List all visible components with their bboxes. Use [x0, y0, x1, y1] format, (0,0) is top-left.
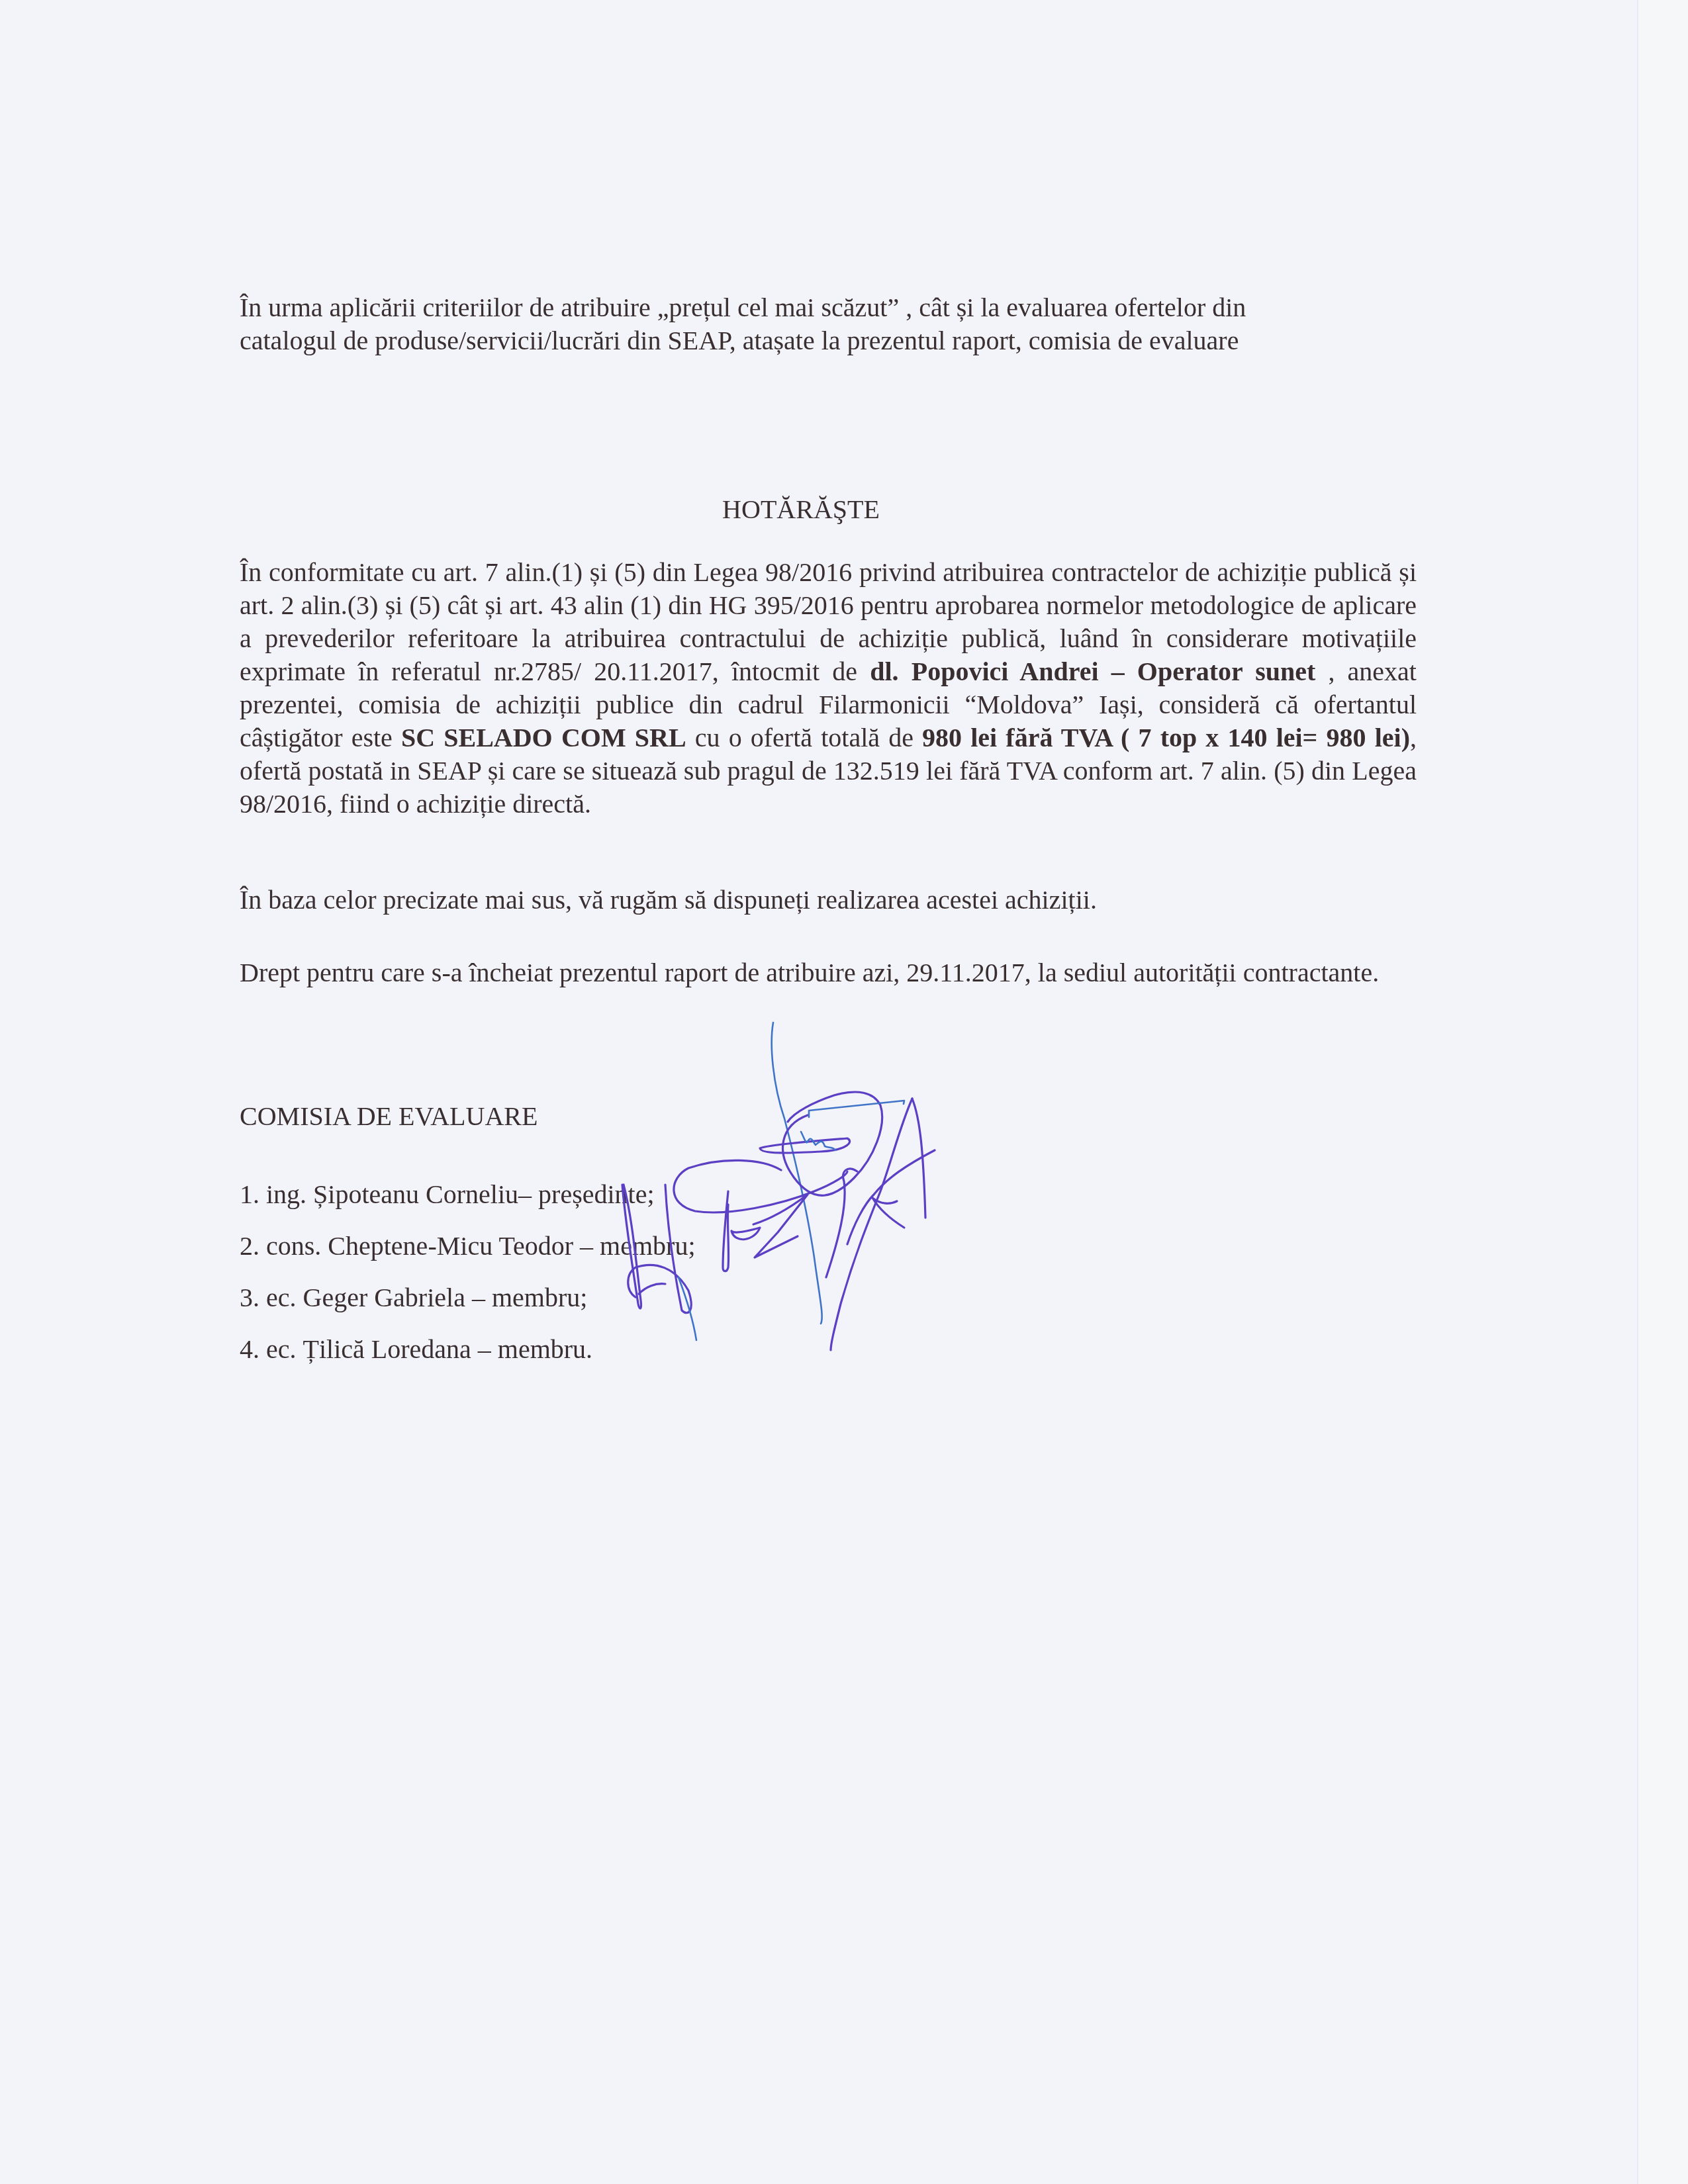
request-paragraph: În baza celor precizate mai sus, vă rugă… — [240, 884, 1418, 917]
scan-margin — [1638, 0, 1688, 2184]
winning-bidder: SC SELADO COM SRL — [401, 723, 686, 752]
intro-line-1: În urma aplicării criteriilor de atribui… — [240, 291, 1418, 324]
closing-paragraph: Drept pentru care s-a încheiat prezentul… — [240, 956, 1417, 989]
decision-paragraph: În conformitate cu art. 7 alin.(1) și (5… — [240, 556, 1417, 821]
member-item: 3. ec. Geger Gabriela – membru; — [240, 1281, 1418, 1314]
committee-section: COMISIA DE EVALUARE — [240, 1100, 1418, 1133]
closing-text: Drept pentru care s-a încheiat prezentul… — [240, 956, 1417, 989]
member-item: 2. cons. Cheptene-Micu Teodor – membru; — [240, 1230, 1418, 1263]
offer-amount: 980 lei fără TVA ( 7 top x 140 lei= 980 … — [922, 723, 1410, 752]
referat-author: dl. Popovici Andrei – Operator sunet — [870, 657, 1315, 686]
decision-heading: HOTĂRĂŞTE — [0, 493, 1602, 526]
committee-title: COMISIA DE EVALUARE — [240, 1100, 1418, 1133]
member-item: 1. ing. Șipoteanu Corneliu– președinte; — [240, 1178, 1418, 1211]
member-list: 1. ing. Șipoteanu Corneliu– președinte; … — [240, 1178, 1418, 1366]
intro-paragraph: În urma aplicării criteriilor de atribui… — [240, 291, 1418, 357]
intro-line-2: catalogul de produse/servicii/lucrări di… — [240, 324, 1418, 357]
request-text: În baza celor precizate mai sus, vă rugă… — [240, 884, 1418, 917]
page-edge-line — [1637, 0, 1638, 2184]
decision-text-3: cu o ofertă totală de — [686, 723, 922, 752]
committee-members: 1. ing. Șipoteanu Corneliu– președinte; … — [240, 1178, 1418, 1385]
member-item: 4. ec. Țilică Loredana – membru. — [240, 1333, 1418, 1366]
